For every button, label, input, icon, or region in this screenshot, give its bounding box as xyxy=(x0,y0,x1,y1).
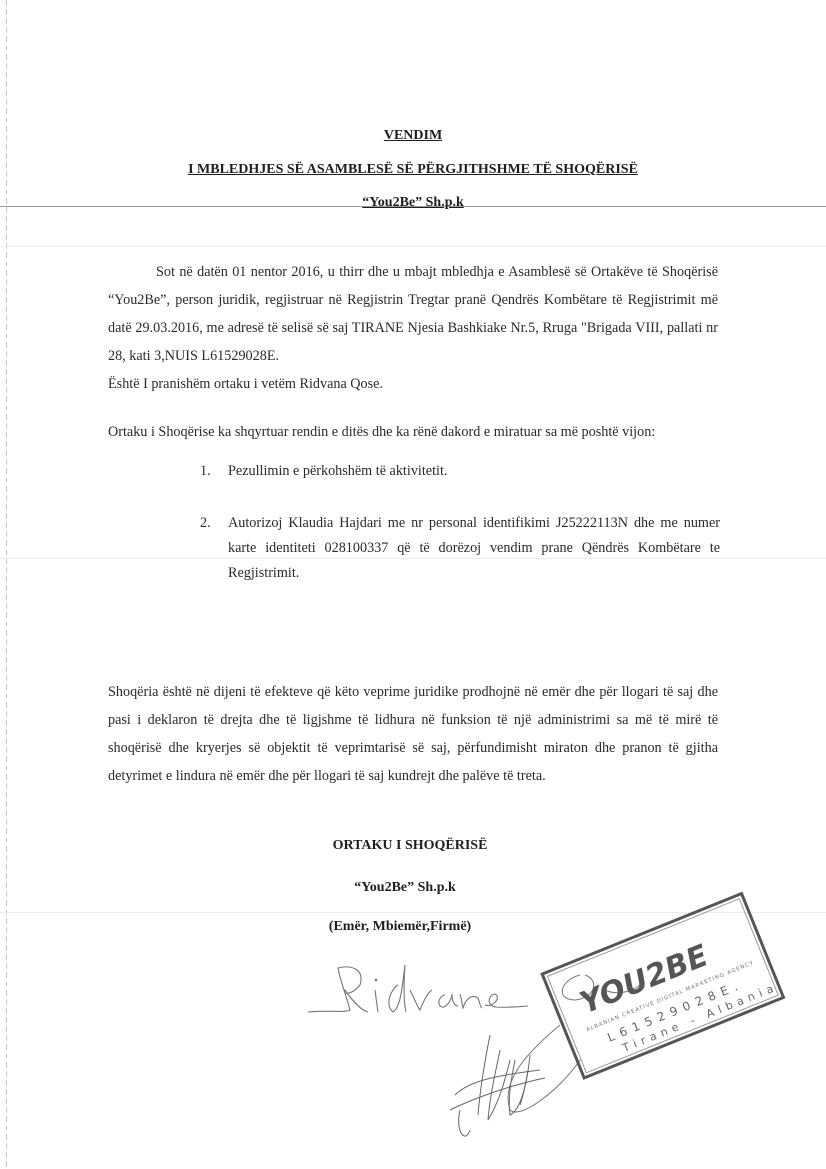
company-stamp: YOU2BE ALBANIAN CREATIVE DIGITAL MARKETI… xyxy=(542,894,783,1078)
signature-and-stamp: YOU2BE ALBANIAN CREATIVE DIGITAL MARKETI… xyxy=(0,0,826,1169)
handwritten-initials-signature xyxy=(450,1035,545,1136)
handwritten-signature-name xyxy=(308,965,528,1012)
